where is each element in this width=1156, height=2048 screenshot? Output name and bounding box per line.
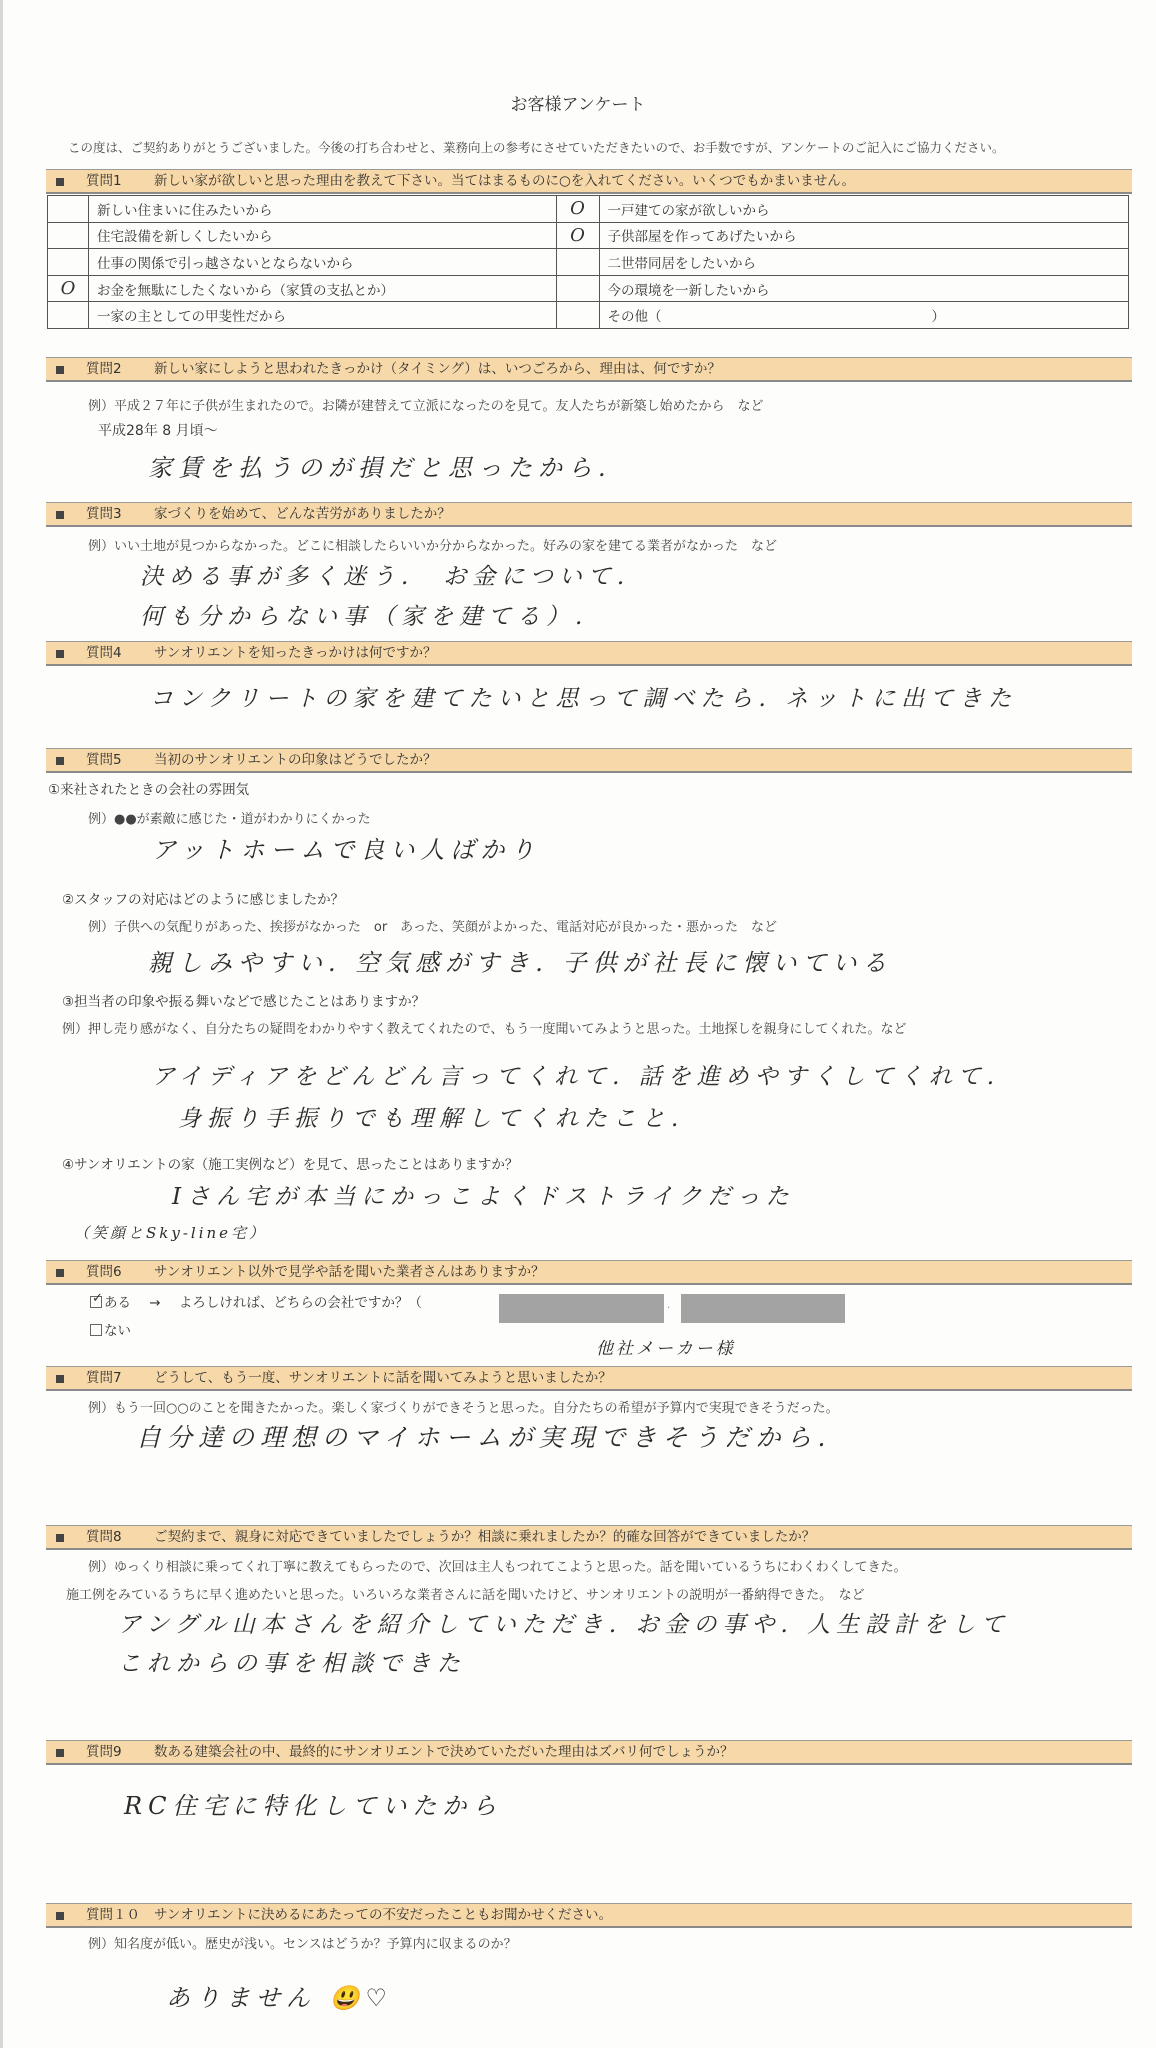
arrow-icon: → [149, 1295, 160, 1311]
example-text: 例）いい土地が見つからなかった。どこに相談したらいいか分からなかった。好みの家を… [88, 535, 777, 554]
option-no-row: ない [90, 1319, 131, 1339]
left-checkmark[interactable]: O [48, 275, 89, 302]
right-option: 二世帯同居をしたいから [599, 249, 1128, 276]
example-text: 例）押し売り感がなく、自分たちの疑問をわかりやすく教えてくれたので、もう一度聞い… [62, 1018, 906, 1037]
handwritten-answer-line[interactable]: Iさん宅が本当にかっこよくドストライクだった [172, 1178, 795, 1211]
question-number: 質問6 [86, 1261, 122, 1284]
left-option: 一家の主としての甲斐性だから [89, 302, 557, 329]
handwritten-answer[interactable]: アットホームで良い人ばかり [152, 830, 540, 865]
question-number: 質問1 [86, 170, 122, 193]
question-text: 新しい家にしようと思われたきっかけ（タイミング）は、いつごろから、理由は、何です… [154, 358, 721, 381]
table-row: 住宅設備を新しくしたいから O 子供部屋を作ってあげたいから [48, 222, 1129, 249]
right-checkmark[interactable]: O [556, 222, 599, 249]
question-text: ご契約まで、親身に対応できていましたでしょうか？相談に乗れましたか？的確な回答が… [154, 1526, 815, 1549]
handwritten-answer-line[interactable]: これからの事を相談できた [118, 1645, 466, 1678]
handwritten-answer[interactable]: RC住宅に特化していたから [124, 1786, 502, 1821]
intro-text: この度は、ご契約ありがとうございました。今後の打ち合わせと、業務向上の参考にさせ… [68, 138, 1005, 156]
question-text: 新しい家が欲しいと思った理由を教えて下さい。当てはまるものに○を入れてください。… [154, 170, 855, 193]
question-text: 数ある建築会社の中、最終的にサンオリエントで決めていただいた理由はズバリ何でしょ… [154, 1741, 734, 1764]
option-yes-row: ✓ある → よろしければ、どちらの会社ですか？（ [90, 1291, 422, 1311]
table-row: O お金を無駄にしたくないから（家賃の支払とか） 今の環境を一新したいから [48, 275, 1129, 302]
left-option: 仕事の関係で引っ越さないとならないから [89, 249, 557, 276]
sub-question-label: ③担当者の印象や振る舞いなどで感じたことはありますか？ [62, 990, 425, 1010]
left-checkmark[interactable] [48, 222, 89, 249]
square-bullet-icon [56, 650, 64, 658]
square-bullet-icon [56, 178, 64, 186]
page-title: お客様アンケート [0, 90, 1156, 115]
handwritten-answer-line[interactable]: アングル山本さんを紹介していただき. お金の事や. 人生設計をして [118, 1606, 1010, 1639]
handwritten-answer-line[interactable]: 何も分からない事（家を建てる）. [140, 598, 588, 631]
question-number: 質問9 [86, 1741, 122, 1764]
example-text: 例）子供への気配りがあった、挨拶がなかった or あった、笑顔がよかった、電話対… [88, 916, 777, 935]
question-text: どうして、もう一度、サンオリエントに話を聞いてみようと思いましたか？ [154, 1367, 612, 1390]
question-text: 家づくりを始めて、どんな苦労がありましたか？ [154, 503, 451, 526]
square-bullet-icon [56, 511, 64, 519]
handwritten-answer-line[interactable]: （笑顔とSky-line宅） [74, 1222, 267, 1243]
question-text: サンオリエント以外で見学や話を聞いた業者さんはありますか？ [154, 1261, 545, 1284]
handwritten-answer[interactable]: 家賃を払うのが損だと思ったから. [148, 448, 612, 483]
right-option: その他（ ） [599, 302, 1128, 329]
handwritten-answer-line[interactable]: 身振り手振りでも理解してくれたこと. [178, 1100, 684, 1133]
sub-question-label: ②スタッフの対応はどのように感じましたか？ [62, 888, 344, 908]
example-text: 例）知名度が低い。歴史が浅い。センスはどうか？予算内に収まるのか？ [88, 1933, 517, 1952]
square-bullet-icon [56, 1912, 64, 1920]
question-text: サンオリエントに決めるにあたっての不安だったこともお聞かせください。 [154, 1904, 612, 1927]
question-number: 質問8 [86, 1526, 122, 1549]
question-8-header: 質問8 ご契約まで、親身に対応できていましたでしょうか？相談に乗れましたか？的確… [46, 1525, 1132, 1550]
example-text-line: 施工例をみているうちに早く進めたいと思った。いろいろな業者さんに話を聞いたけど、… [66, 1584, 865, 1603]
example-text: 例）平成２７年に子供が生まれたので。お隣が建替えて立派になったのを見て。友人たち… [88, 395, 763, 414]
left-checkmark[interactable] [48, 249, 89, 276]
left-checkmark[interactable] [48, 196, 89, 223]
example-text-line: 例）ゆっくり相談に乗ってくれ丁寧に教えてもらったので、次回は主人もつれてこようと… [88, 1556, 907, 1575]
question-number: 質問5 [86, 749, 122, 772]
example-text: 例）もう一回○○のことを聞きたかった。楽しく家づくりができそうと思った。自分たち… [88, 1397, 839, 1416]
question-number: 質問3 [86, 503, 122, 526]
question-text: 当初のサンオリエントの印象はどうでしたか？ [154, 749, 437, 772]
question-10-header: 質問１０ サンオリエントに決めるにあたっての不安だったこともお聞かせください。 [46, 1903, 1132, 1928]
no-checkbox[interactable] [90, 1324, 102, 1336]
option-yes-label: ある [104, 1295, 131, 1311]
handwritten-answer[interactable]: コンクリートの家を建てたいと思って調べたら. ネットに出てきた [150, 680, 1017, 713]
table-row: 新しい住まいに住みたいから O 一戸建ての家が欲しいから [48, 196, 1129, 223]
question-1-header: 質問1 新しい家が欲しいと思った理由を教えて下さい。当てはまるものに○を入れてく… [46, 169, 1132, 194]
square-bullet-icon [56, 1269, 64, 1277]
right-checkmark[interactable] [556, 302, 599, 329]
right-checkmark[interactable] [556, 275, 599, 302]
left-option: お金を無駄にしたくないから（家賃の支払とか） [89, 275, 557, 302]
square-bullet-icon [56, 1534, 64, 1542]
right-option: 今の環境を一新したいから [599, 275, 1128, 302]
table-row: 一家の主としての甲斐性だから その他（ ） [48, 302, 1129, 329]
square-bullet-icon [56, 1375, 64, 1383]
handwritten-answer-line[interactable]: 決める事が多く迷う. お金について. [140, 558, 630, 591]
question-number: 質問4 [86, 642, 122, 665]
question-number: 質問7 [86, 1367, 122, 1390]
question-number: 質問2 [86, 358, 122, 381]
q1-checklist-table: 新しい住まいに住みたいから O 一戸建ての家が欲しいから 住宅設備を新しくしたい… [47, 195, 1129, 329]
redacted-company-1 [499, 1294, 664, 1323]
question-text: サンオリエントを知ったきっかけは何ですか？ [154, 642, 437, 665]
question-2-header: 質問2 新しい家にしようと思われたきっかけ（タイミング）は、いつごろから、理由は… [46, 357, 1132, 382]
left-checkmark[interactable] [48, 302, 89, 329]
handwritten-note[interactable]: 他社メーカー様 [596, 1334, 736, 1359]
timing-answer[interactable]: 平成28年 8 月頃〜 [98, 420, 218, 440]
question-number: 質問１０ [86, 1904, 140, 1927]
left-option: 新しい住まいに住みたいから [89, 196, 557, 223]
redacted-company-2 [681, 1294, 845, 1323]
square-bullet-icon [56, 757, 64, 765]
question-6-header: 質問6 サンオリエント以外で見学や話を聞いた業者さんはありますか？ [46, 1260, 1132, 1285]
square-bullet-icon [56, 366, 64, 374]
left-option: 住宅設備を新しくしたいから [89, 222, 557, 249]
scan-edge [0, 0, 3, 2048]
question-4-header: 質問4 サンオリエントを知ったきっかけは何ですか？ [46, 641, 1132, 666]
sub-question-label: ①来社されたときの会社の雰囲気 [48, 778, 249, 798]
handwritten-answer[interactable]: 親しみやすい. 空気感がすき. 子供が社長に懐いている [148, 943, 893, 978]
question-7-header: 質問7 どうして、もう一度、サンオリエントに話を聞いてみようと思いましたか？ [46, 1366, 1132, 1391]
separator: . [667, 1300, 670, 1311]
yes-checkbox-checked[interactable]: ✓ [90, 1296, 102, 1308]
question-9-header: 質問9 数ある建築会社の中、最終的にサンオリエントで決めていただいた理由はズバリ… [46, 1740, 1132, 1765]
handwritten-answer[interactable]: ありません 😃♡ [166, 1978, 393, 2013]
table-row: 仕事の関係で引っ越さないとならないから 二世帯同居をしたいから [48, 249, 1129, 276]
question-3-header: 質問3 家づくりを始めて、どんな苦労がありましたか？ [46, 502, 1132, 527]
handwritten-answer[interactable]: 自分達の理想のマイホームが実現できそうだから. [136, 1418, 831, 1454]
handwritten-answer-line[interactable]: アイディアをどんどん言ってくれて. 話を進めやすくしてくれて. [152, 1058, 1000, 1091]
right-checkmark[interactable]: O [556, 196, 599, 223]
square-bullet-icon [56, 1749, 64, 1757]
question-5-header: 質問5 当初のサンオリエントの印象はどうでしたか？ [46, 748, 1132, 773]
company-prompt: よろしければ、どちらの会社ですか？（ [179, 1295, 422, 1311]
option-no-label: ない [104, 1323, 131, 1339]
example-text: 例）●●が素敵に感じた・道がわかりにくかった [88, 808, 371, 827]
sub-question-label: ④サンオリエントの家（施工実例など）を見て、思ったことはありますか？ [62, 1153, 518, 1173]
right-option: 一戸建ての家が欲しいから [599, 196, 1128, 223]
right-option: 子供部屋を作ってあげたいから [599, 222, 1128, 249]
right-checkmark[interactable] [556, 249, 599, 276]
